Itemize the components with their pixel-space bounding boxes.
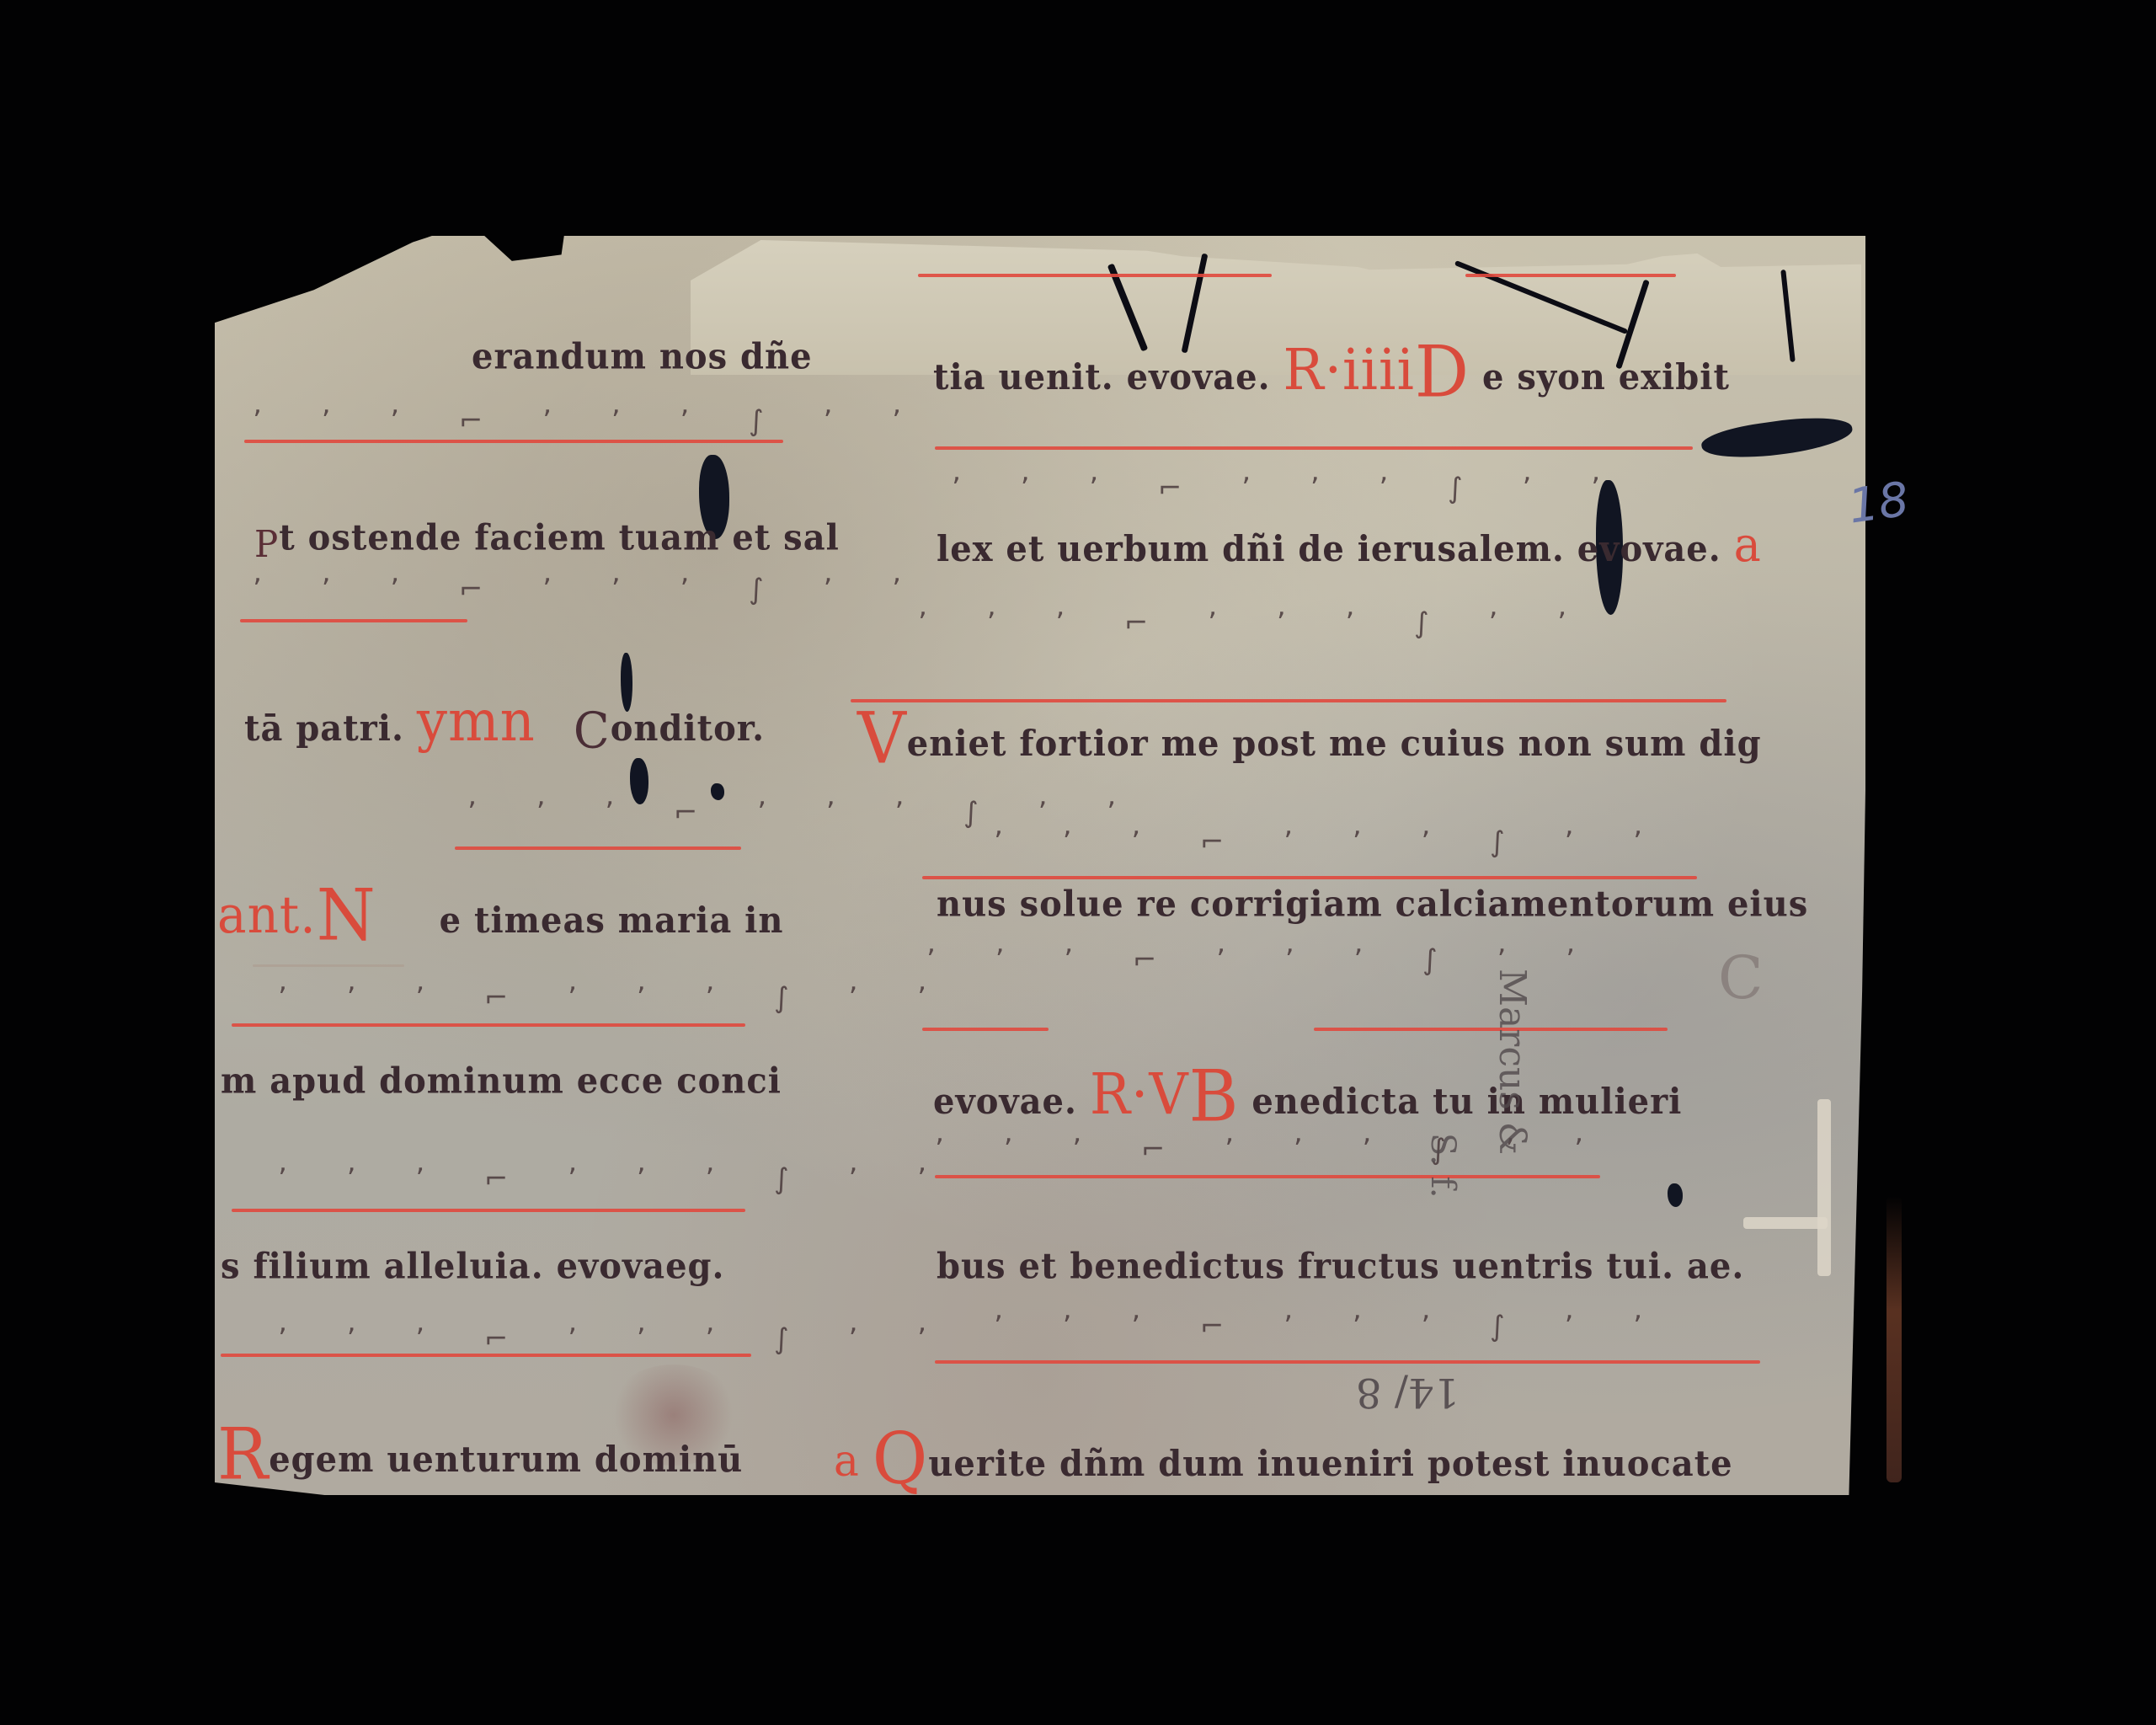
right-line-4: nus solue re corrigiam calciamentorum ei…: [937, 884, 1808, 925]
line-text: enedicta tu in mulieri: [1251, 1081, 1682, 1122]
line-text: lex et uerbum dñi de ierusalem. evovae.: [937, 528, 1721, 569]
line-text: evovae.: [933, 1081, 1077, 1122]
marginal-note-vertical: Marcus &: [1491, 969, 1534, 1155]
line-text: s filium alleluia. evovaeg.: [221, 1246, 724, 1287]
neume-row: ʼ ʼ ʼ ⌐ ʼ ʼ ʼ ∫ ʼ ʼ: [278, 981, 952, 1015]
staff-line: [922, 876, 1697, 879]
marginal-note-inverted: 14/ 8: [1356, 1369, 1460, 1416]
line-text: uerite dñm dum inueniri potest inuocate: [928, 1443, 1732, 1484]
neume-row: ʼ ʼ ʼ ⌐ ʼ ʼ ʼ ∫ ʼ ʼ: [278, 1162, 952, 1196]
left-line-7: Regem uenturum dominū: [217, 1413, 743, 1496]
staff-line: [935, 1175, 1600, 1178]
left-line-1: erandum nos dñe: [472, 336, 813, 377]
marginal-note-vertical: S. f.: [1423, 1133, 1462, 1199]
initial-letter: B: [1189, 1055, 1240, 1138]
line-text: bus et benedictus fructus uentris tui. a…: [937, 1246, 1744, 1287]
line-text: e timeas maria in: [440, 900, 784, 941]
line-text: tia uenit. evovae.: [933, 356, 1271, 398]
staff-line: [918, 274, 1272, 277]
staff-line: [935, 1360, 1760, 1364]
initial-letter: N: [317, 874, 376, 957]
neume-row: ʼ ʼ ʼ ⌐ ʼ ʼ ʼ ∫ ʼ ʼ: [918, 606, 1592, 640]
neume-row: ʼ ʼ ʼ ⌐ ʼ ʼ ʼ ∫ ʼ ʼ: [952, 472, 1625, 505]
right-line-7: a Querite dñm dum inueniri potest inuoca…: [834, 1418, 1733, 1500]
line-text: tā patri.: [244, 708, 404, 749]
left-line-6: s filium alleluia. evovaeg.: [221, 1246, 724, 1287]
left-line-4: ant.N e timeas maria in: [217, 874, 783, 957]
rubric-antiphon: a: [834, 1435, 860, 1487]
initial-letter: D: [1415, 331, 1470, 414]
line-text: nus solue re corrigiam calciamentorum ei…: [937, 884, 1808, 925]
staff-line: [244, 440, 783, 443]
rust-edge: [1886, 1196, 1902, 1482]
initial-letter: V: [857, 697, 907, 780]
initial-letter: R: [217, 1413, 269, 1496]
staff-line: [1465, 274, 1676, 277]
folio-number-pencil: 18: [1845, 472, 1913, 534]
rubric-responsory: R·V: [1090, 1062, 1189, 1128]
line-text: onditor.: [611, 708, 765, 749]
right-line-3: Veniet fortior me post me cuius non sum …: [857, 697, 1762, 780]
rubric-antiphon: ant.: [217, 884, 317, 944]
pale-mark-vertical: [1817, 1099, 1831, 1276]
left-line-2: Pt ostende faciem tuam et sal: [254, 517, 840, 566]
line-text: m apud dominum ecce conci: [221, 1060, 782, 1102]
right-line-2: lex et uerbum dñi de ierusalem. evovae. …: [937, 516, 1762, 572]
drypoint-ruling: [253, 964, 404, 967]
neume-row: ʼ ʼ ʼ ⌐ ʼ ʼ ʼ ∫ ʼ ʼ: [278, 1322, 952, 1356]
rubric-hymn: ymn: [417, 689, 536, 755]
staff-line: [935, 446, 1693, 450]
staff-line: [232, 1023, 745, 1027]
neume-row: ʼ ʼ ʼ ⌐ ʼ ʼ ʼ ∫ ʼ ʼ: [994, 1310, 1668, 1343]
line-text: t ostende faciem tuam et sal: [279, 517, 840, 558]
line-text: e syon exibit: [1482, 356, 1730, 398]
left-line-3: tā patri. ymn Conditor.: [244, 689, 765, 760]
right-line-5: evovae. R·VB enedicta tu in mulieri: [933, 1055, 1682, 1138]
rubric-responsory: R·iiii: [1283, 338, 1415, 403]
marginal-letter: C: [1718, 943, 1764, 1012]
neume-row: ʼ ʼ ʼ ⌐ ʼ ʼ ʼ ∫ ʼ ʼ: [253, 573, 926, 606]
pale-mark-horizontal: [1743, 1217, 1828, 1229]
rubric-antiphon: a: [1734, 516, 1762, 572]
left-line-5: m apud dominum ecce conci: [221, 1060, 782, 1102]
neume-row: ʼ ʼ ʼ ⌐ ʼ ʼ ʼ ∫ ʼ ʼ: [467, 796, 1141, 830]
neume-row: ʼ ʼ ʼ ⌐ ʼ ʼ ʼ ∫ ʼ ʼ: [253, 404, 926, 438]
line-text: egem uenturum dominū: [269, 1439, 743, 1480]
right-line-1: tia uenit. evovae. R·iiiiD e syon exibit: [933, 331, 1730, 414]
line-text: erandum nos dñe: [472, 336, 813, 377]
neume-row: ʼ ʼ ʼ ⌐ ʼ ʼ ʼ ∫ ʼ ʼ: [994, 825, 1668, 859]
staff-line: [232, 1209, 745, 1212]
initial-letter: Q: [873, 1418, 929, 1500]
initial-letter: P: [254, 522, 279, 565]
line-text: eniet fortior me post me cuius non sum d…: [907, 723, 1762, 764]
staff-line: [922, 1028, 1049, 1031]
staff-line: [455, 846, 741, 850]
initial-letter: C: [574, 702, 611, 760]
ink-blot: [1668, 1183, 1683, 1207]
right-line-6: bus et benedictus fructus uentris tui. a…: [937, 1246, 1744, 1287]
staff-line: [240, 619, 467, 622]
